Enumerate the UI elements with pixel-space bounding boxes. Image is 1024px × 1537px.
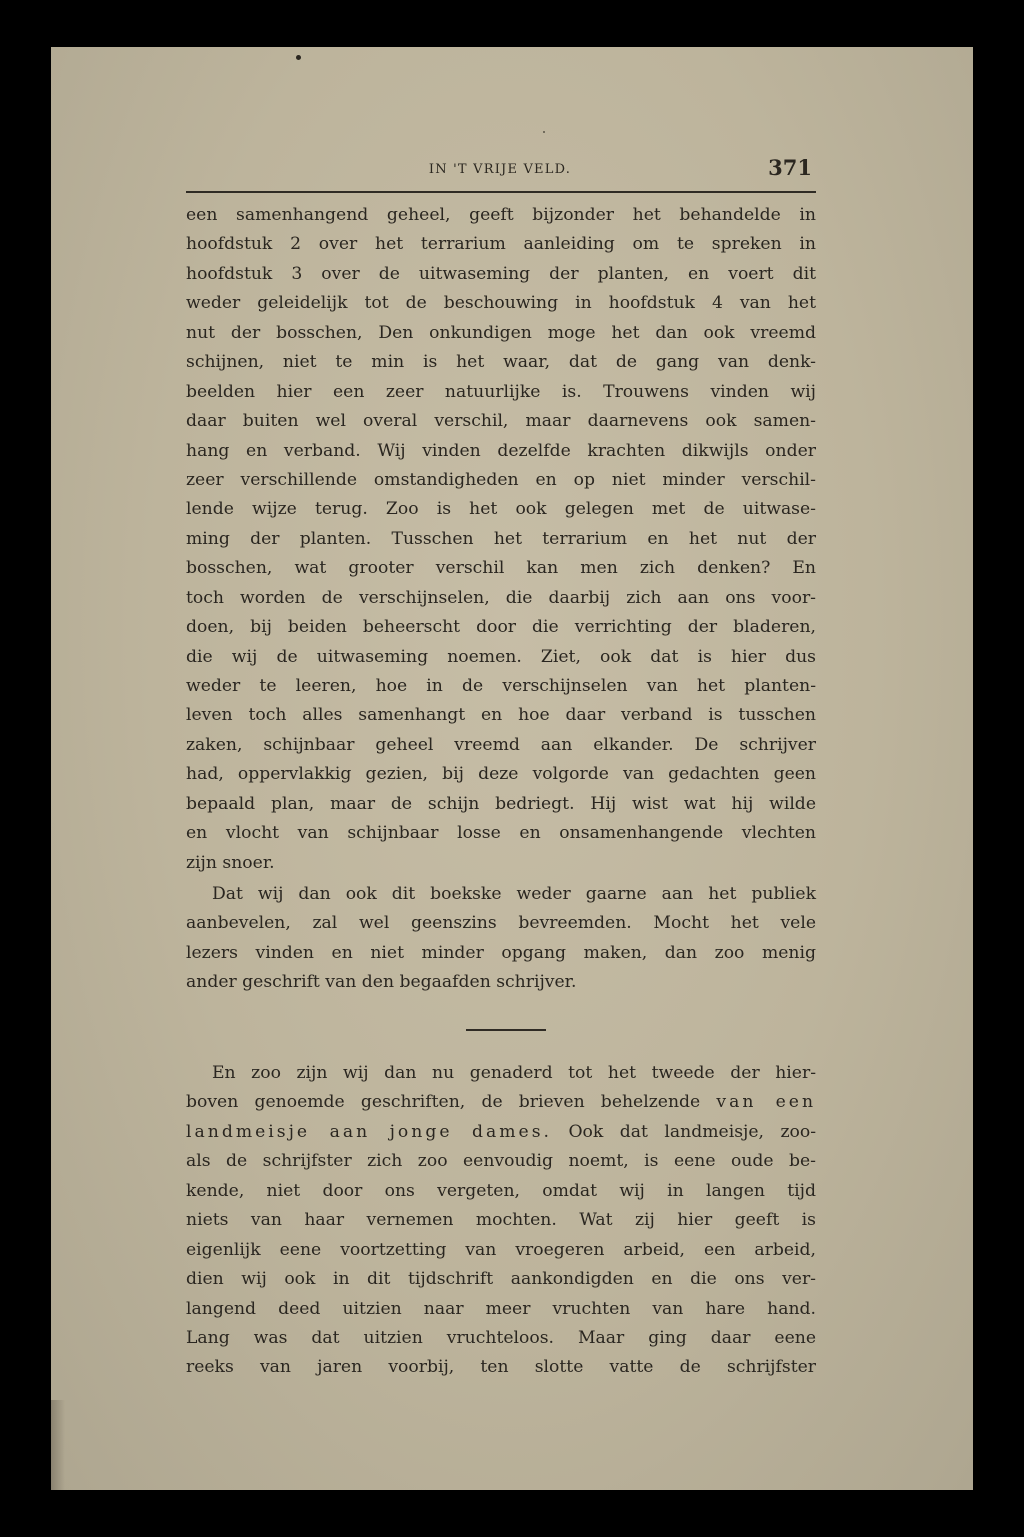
text-line: boven genoemde geschriften, de brieven b… — [186, 1088, 816, 1117]
text-line: zaken, schijnbaar geheel vreemd aan elka… — [186, 731, 816, 760]
text-line: weder te leeren, hoe in de verschijnsele… — [186, 672, 816, 701]
ink-speck — [296, 55, 301, 60]
text-line: zeer verschillende omstandigheden en op … — [186, 466, 816, 495]
text-line: die wij de uitwaseming noemen. Ziet, ook… — [186, 643, 816, 672]
text-line: toch worden de verschijnselen, die daarb… — [186, 584, 816, 613]
text-line: aanbevelen, zal wel geenszins bevreemden… — [186, 909, 816, 938]
text-line: Lang was dat uitzien vruchteloos. Maar g… — [186, 1324, 816, 1353]
text-line: had, oppervlakkig gezien, bij deze volgo… — [186, 760, 816, 789]
header-rule — [186, 191, 816, 193]
text-line: nut der bosschen, Den onkundigen moge he… — [186, 319, 816, 348]
text-line: niets van haar vernemen mochten. Wat zij… — [186, 1206, 816, 1235]
text-line: schijnen, niet te min is het waar, dat d… — [186, 348, 816, 377]
text-line: weder geleidelijk tot de beschouwing in … — [186, 289, 816, 318]
text-line: lezers vinden en niet minder opgang make… — [186, 939, 816, 968]
section-separator — [466, 1029, 546, 1031]
text-line: doen, bij beiden beheerscht door die ver… — [186, 613, 816, 642]
text-line: ming der planten. Tusschen het terrarium… — [186, 525, 816, 554]
running-title: In 't vrije veld. — [186, 162, 814, 177]
spaced-title: landmeisje aan jonge dames. — [186, 1122, 552, 1142]
text-line: Dat wij dan ook dit boekske weder gaarne… — [186, 880, 816, 909]
text-line: eigenlijk eene voortzetting van vroegere… — [186, 1236, 816, 1265]
text-line: als de schrijfster zich zoo eenvoudig no… — [186, 1147, 816, 1176]
text-line: en vlocht van schijnbaar losse en onsame… — [186, 819, 816, 848]
paragraph-3: En zoo zijn wij dan nu genaderd tot het … — [186, 1059, 816, 1383]
text-line: langend deed uitzien naar meer vruchten … — [186, 1295, 816, 1324]
text-line: En zoo zijn wij dan nu genaderd tot het … — [186, 1059, 816, 1088]
text-line: leven toch alles samenhangt en hoe daar … — [186, 701, 816, 730]
text-line: bepaald plan, maar de schijn bedriegt. H… — [186, 790, 816, 819]
text-line: beelden hier een zeer natuurlijke is. Tr… — [186, 378, 816, 407]
text-line: lende wijze terug. Zoo is het ook gelege… — [186, 495, 816, 524]
text-line: hang en verband. Wij vinden dezelfde kra… — [186, 437, 816, 466]
text-line: landmeisje aan jonge dames. Ook dat land… — [186, 1118, 816, 1147]
paragraph-2: Dat wij dan ook dit boekske weder gaarne… — [186, 880, 816, 998]
text-line: kende, niet door ons vergeten, omdat wij… — [186, 1177, 816, 1206]
text-line: zijn snoer. — [186, 849, 816, 878]
page-number: 371 — [768, 155, 812, 180]
text-line: reeks van jaren voorbij, ten slotte vatt… — [186, 1353, 816, 1382]
ink-speck — [543, 131, 545, 133]
paragraph-1: een samenhangend geheel, geeft bijzonder… — [186, 201, 816, 878]
text-line: hoofdstuk 2 over het terrarium aanleidin… — [186, 230, 816, 259]
text-line: bosschen, wat grooter verschil kan men z… — [186, 554, 816, 583]
binding-shadow — [51, 1400, 65, 1490]
spaced-title: van een — [716, 1092, 816, 1112]
page-header: In 't vrije veld. 371 — [186, 152, 814, 188]
text-line: dien wij ook in dit tijdschrift aankondi… — [186, 1265, 816, 1294]
text-line: hoofdstuk 3 over de uitwaseming der plan… — [186, 260, 816, 289]
text-line: daar buiten wel overal verschil, maar da… — [186, 407, 816, 436]
text-line: ander geschrift van den begaafden schrij… — [186, 968, 816, 997]
text-line: een samenhangend geheel, geeft bijzonder… — [186, 201, 816, 230]
